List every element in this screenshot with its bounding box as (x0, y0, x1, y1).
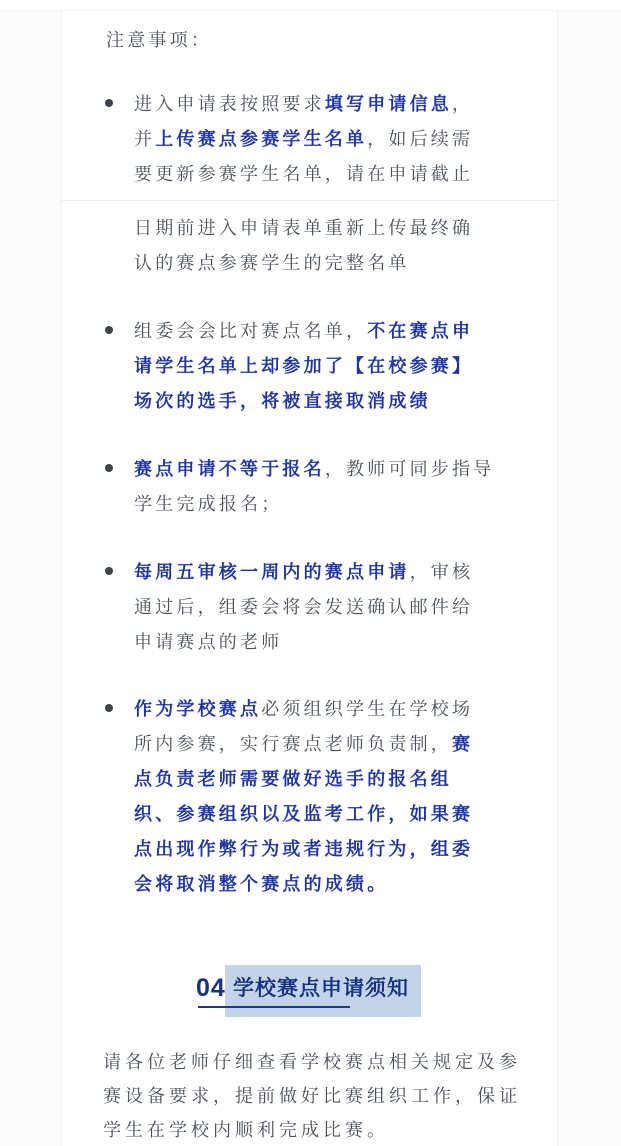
highlight-text: 作为学校赛点 (134, 699, 261, 719)
text-line: 并上传赛点参赛学生名单，如后续需 (134, 122, 473, 157)
body-text: 申请赛点的老师 (134, 632, 282, 652)
text-line: 每周五审核一周内的赛点申请，审核 (134, 555, 473, 590)
text-line: 请各位老师仔细查看学校赛点相关规定及参 (103, 1045, 521, 1079)
highlight-text: 请学生名单上却参加了【在校参赛】 (134, 356, 473, 376)
body-text: ， (452, 94, 473, 114)
highlight-text: 填写申请信息 (325, 94, 452, 114)
highlight-text: 会将取消整个赛点的成绩。 (134, 874, 388, 894)
bullet-marker (105, 567, 113, 575)
body-text: 必须组织学生在学校场 (261, 699, 473, 719)
text-line: 织、参赛组织以及监考工作，如果赛 (134, 797, 473, 832)
screenshot-seam-top (0, 10, 621, 11)
text-line: 学生完成报名； (134, 487, 494, 522)
footer-paragraph: 请各位老师仔细查看学校赛点相关规定及参赛设备要求，提前做好比赛组织工作，保证学生… (103, 1045, 521, 1146)
body-text: 请各位老师仔细查看学校赛点相关规定及参 (103, 1052, 521, 1072)
text-line: 所内参赛，实行赛点老师负责制，赛 (134, 727, 473, 762)
text-line: 点出现作弊行为或者违规行为，组委 (134, 832, 473, 867)
article-page: 注意事项： 进入申请表按照要求填写申请信息，并上传赛点参赛学生名单，如后续需要更… (0, 0, 621, 1146)
body-text: 并 (134, 129, 155, 149)
body-text: 要更新参赛学生名单，请在申请截止 (134, 164, 473, 184)
highlight-text: 点负责老师需要做好选手的报名组 (134, 769, 452, 789)
section-number: 04 (196, 974, 226, 1002)
highlight-text: 赛 (452, 734, 473, 754)
notes-heading: 注意事项： (106, 23, 212, 58)
highlight-text: 织、参赛组织以及监考工作，如果赛 (134, 804, 473, 824)
text-line: 通过后，组委会将会发送确认邮件给 (134, 590, 473, 625)
text-line: 学生在学校内顺利完成比赛。 (103, 1113, 521, 1146)
section-title: 学校赛点申请须知 (233, 976, 409, 1002)
body-text: ，审核 (410, 562, 474, 582)
highlight-text: 场次的选手，将被直接取消成绩 (134, 391, 431, 411)
text-line: 场次的选手，将被直接取消成绩 (134, 384, 473, 419)
text-line: 日期前进入申请表单重新上传最终确 (134, 211, 473, 246)
bullet-marker (105, 464, 113, 472)
screenshot-seam-middle (62, 200, 557, 201)
text-line: 请学生名单上却参加了【在校参赛】 (134, 349, 473, 384)
bullet4-lines: 每周五审核一周内的赛点申请，审核通过后，组委会将会发送确认邮件给申请赛点的老师 (134, 555, 473, 660)
body-text: 进入申请表按照要求 (134, 94, 325, 114)
left-margin (0, 10, 62, 1146)
bullet1-lines-part1: 进入申请表按照要求填写申请信息，并上传赛点参赛学生名单，如后续需要更新参赛学生名… (134, 87, 473, 192)
text-line: 赛设备要求，提前做好比赛组织工作，保证 (103, 1079, 521, 1113)
text-line: 认的赛点参赛学生的完整名单 (134, 246, 473, 281)
text-line: 组委会会比对赛点名单，不在赛点申 (134, 314, 473, 349)
bullet-marker (105, 326, 113, 334)
highlight-text: 点出现作弊行为或者违规行为，组委 (134, 839, 473, 859)
bullet1-lines-part2: 日期前进入申请表单重新上传最终确认的赛点参赛学生的完整名单 (134, 211, 473, 281)
text-line: 申请赛点的老师 (134, 625, 473, 660)
highlight-text: 上传赛点参赛学生名单 (155, 129, 367, 149)
body-text: 认的赛点参赛学生的完整名单 (134, 253, 410, 273)
body-text: ，如后续需 (367, 129, 473, 149)
highlight-text: 不在赛点申 (367, 321, 473, 341)
text-line: 赛点申请不等于报名，教师可同步指导 (134, 452, 494, 487)
body-text: 日期前进入申请表单重新上传最终确 (134, 218, 473, 238)
body-text: 学生在学校内顺利完成比赛。 (103, 1120, 389, 1140)
bullet5-lines: 作为学校赛点必须组织学生在学校场所内参赛，实行赛点老师负责制，赛点负责老师需要做… (134, 692, 473, 902)
right-margin (557, 10, 621, 1146)
text-line: 会将取消整个赛点的成绩。 (134, 867, 473, 902)
highlight-text: 每周五审核一周内的赛点申请 (134, 562, 410, 582)
body-text: 学生完成报名； (134, 494, 282, 514)
bullet3-lines: 赛点申请不等于报名，教师可同步指导学生完成报名； (134, 452, 494, 522)
body-text: ，教师可同步指导 (325, 459, 495, 479)
text-line: 要更新参赛学生名单，请在申请截止 (134, 157, 473, 192)
highlight-text: 赛点申请不等于报名 (134, 459, 325, 479)
bullet-marker (105, 99, 113, 107)
body-text: 所内参赛，实行赛点老师负责制， (134, 734, 452, 754)
body-text: 赛设备要求，提前做好比赛组织工作，保证 (103, 1086, 521, 1106)
bullet2-lines: 组委会会比对赛点名单，不在赛点申请学生名单上却参加了【在校参赛】场次的选手，将被… (134, 314, 473, 419)
bullet-marker (105, 704, 113, 712)
body-text: 通过后，组委会将会发送确认邮件给 (134, 597, 473, 617)
text-line: 进入申请表按照要求填写申请信息， (134, 87, 473, 122)
text-line: 作为学校赛点必须组织学生在学校场 (134, 692, 473, 727)
section-underline (198, 1006, 350, 1008)
body-text: 组委会会比对赛点名单， (134, 321, 367, 341)
text-line: 点负责老师需要做好选手的报名组 (134, 762, 473, 797)
